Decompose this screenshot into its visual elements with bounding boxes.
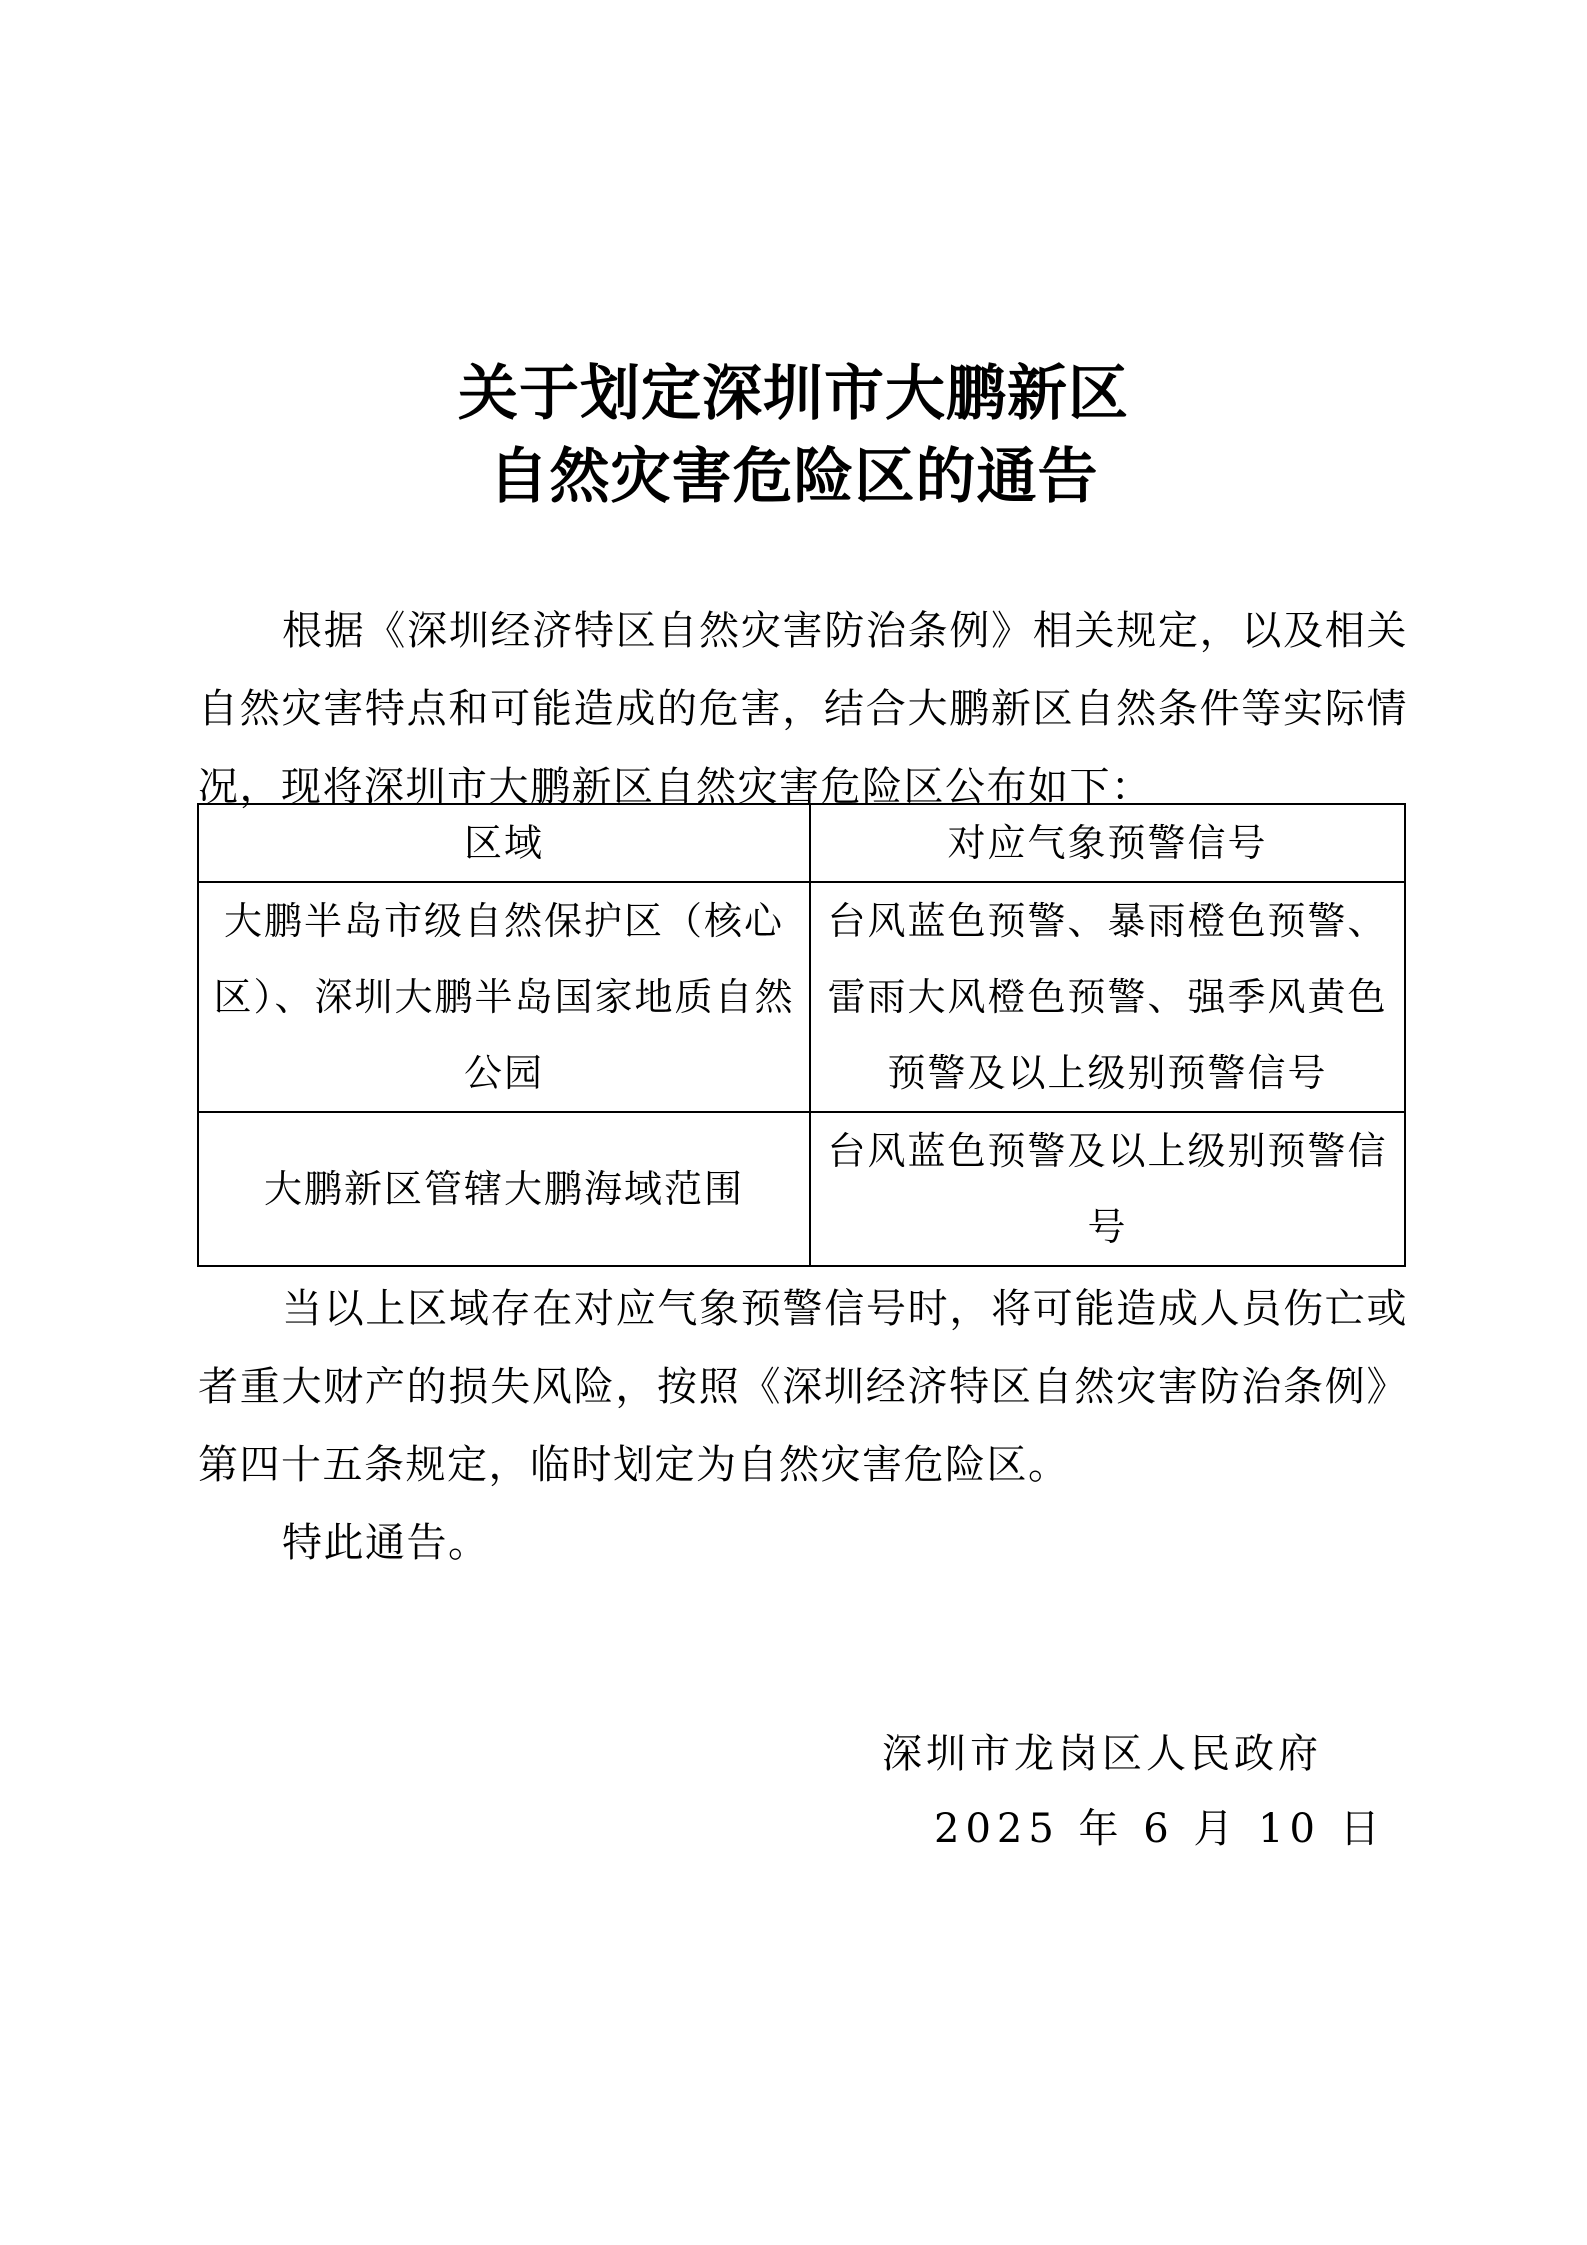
- signature-organization: 深圳市龙岗区人民政府: [882, 1722, 1322, 1779]
- document-title-line-2: 自然灾害危险区的通告: [0, 441, 1587, 513]
- body-paragraph: 当以上区域存在对应气象预警信号时，将可能造成人员伤亡或者重大财产的损失风险，按照…: [198, 1270, 1408, 1504]
- cell-signal: 台风蓝色预警及以上级别预警信号: [810, 1112, 1405, 1266]
- cell-area: 大鹏半岛市级自然保护区（核心区）、深圳大鹏半岛国家地质自然公园: [198, 882, 810, 1112]
- header-area: 区域: [198, 804, 810, 882]
- intro-paragraph: 根据《深圳经济特区自然灾害防治条例》相关规定，以及相关自然灾害特点和可能造成的危…: [198, 592, 1408, 826]
- signature-date: 2025 年 6 月 10 日: [934, 1797, 1386, 1854]
- cell-area: 大鹏新区管辖大鹏海域范围: [198, 1112, 810, 1266]
- closing-text: 特此通告。: [282, 1504, 1492, 1582]
- header-signal: 对应气象预警信号: [810, 804, 1405, 882]
- cell-signal: 台风蓝色预警、暴雨橙色预警、雷雨大风橙色预警、强季风黄色预警及以上级别预警信号: [810, 882, 1405, 1112]
- table-row: 大鹏新区管辖大鹏海域范围 台风蓝色预警及以上级别预警信号: [198, 1112, 1405, 1266]
- danger-zone-table: 区域 对应气象预警信号 大鹏半岛市级自然保护区（核心区）、深圳大鹏半岛国家地质自…: [197, 803, 1406, 1267]
- document-title-line-1: 关于划定深圳市大鹏新区: [0, 358, 1587, 430]
- table-row: 大鹏半岛市级自然保护区（核心区）、深圳大鹏半岛国家地质自然公园 台风蓝色预警、暴…: [198, 882, 1405, 1112]
- table-header-row: 区域 对应气象预警信号: [198, 804, 1405, 882]
